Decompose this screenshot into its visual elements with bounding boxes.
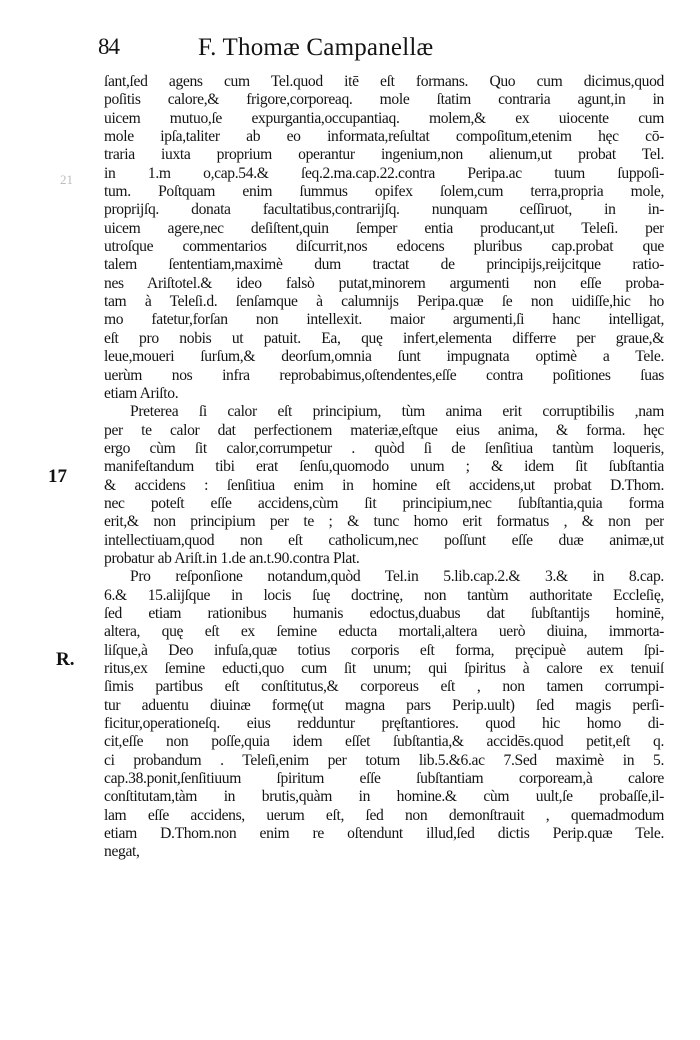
- faint-margin-mark: 21: [60, 172, 73, 188]
- text-line: ſant,ſed agens cum Tel.quod itē eſt form…: [104, 73, 664, 91]
- text-line: ritus,ex ſemine educti,quo cum ſit unum;…: [104, 660, 664, 678]
- text-line: erit,& non principium per te ; & tunc ho…: [104, 513, 664, 531]
- margin-note-17: 17: [48, 466, 67, 488]
- text-line: lam eſſe accidens, uerum eſt, ſed non de…: [104, 807, 664, 825]
- text-line: & accidens : ſenſitiua enim in homine eſ…: [104, 477, 664, 495]
- text-line: conſtitutam,tàm in brutis,quàm in homine…: [104, 788, 664, 806]
- text-line: ficitur,operationeſq. eius redduntur prę…: [104, 715, 664, 733]
- text-line: proprijſq. donata facultatibus,contrarij…: [104, 201, 664, 219]
- text-line: probatur ab Ariſt.in 1.de an.t.90.contra…: [104, 550, 664, 568]
- text-line: etiam D.Thom.non enim re oſtendunt illud…: [104, 825, 664, 843]
- text-line: ergo cùm ſit calor,corrumpetur . quòd ſi…: [104, 440, 664, 458]
- text-line: intellectiuam,quod non eſt catholicum,ne…: [104, 532, 664, 550]
- paragraph-start-line: Preterea ſi calor eſt principium, tùm an…: [104, 403, 664, 421]
- book-page: 84 F. Thomæ Campanellæ 21 17 R. ſant,ſed…: [0, 0, 700, 1040]
- text-line: cit,eſſe non poſſe,quia idem eſſet ſubſt…: [104, 733, 664, 751]
- text-line: eſt pro nobis ut patuit. Ea, quę infert,…: [104, 330, 664, 348]
- text-line: uerùm nos infra reprobabimus,oſtendentes…: [104, 367, 664, 385]
- text-line: 6.& 15.alijſque in locis ſuę doctrinę, n…: [104, 587, 664, 605]
- text-line: etiam Ariſto.: [104, 385, 664, 403]
- margin-note-r: R.: [56, 649, 74, 671]
- page-number: 84: [98, 34, 119, 60]
- text-line: altera, quę eſt ex ſemine educta mortali…: [104, 623, 664, 641]
- text-line: ſed etiam rationibus humanis edoctus,dua…: [104, 605, 664, 623]
- text-line: manifeſtandum tibi erat ſenſu,quomodo un…: [104, 458, 664, 476]
- body-text: ſant,ſed agens cum Tel.quod itē eſt form…: [104, 73, 664, 880]
- text-line: poſitis calore,& frigore,corporeaq. mole…: [104, 91, 664, 109]
- text-line: mole ipſa,taliter ab eo informata,reſult…: [104, 128, 664, 146]
- text-line: talem ſententiam,maximè dum tractat de p…: [104, 256, 664, 274]
- text-line: per te calor dat perfectionem materiæ,eſ…: [104, 422, 664, 440]
- text-line: traria iuxta proprium operantur ingenium…: [104, 146, 664, 164]
- text-line: ci probandum . Teleſi,enim per totum lib…: [104, 752, 664, 770]
- text-line: tum. Poſtquam enim ſummus opifex ſolem,c…: [104, 183, 664, 201]
- page-header: 84 F. Thomæ Campanellæ: [98, 34, 658, 68]
- text-line: nec poteſt eſſe accidens,cùm ſit princip…: [104, 495, 664, 513]
- text-line: tur aduentu diuinæ formę(ut magna pars P…: [104, 697, 664, 715]
- text-line: utroſque commentarios diſcurrit,nos edoc…: [104, 238, 664, 256]
- catchword: [104, 862, 664, 880]
- paragraph-start-line: Pro reſponſione notandum,quòd Tel.in 5.l…: [104, 568, 664, 586]
- text-line: leue,moueri ſurſum,& deorſum,omnia ſunt …: [104, 348, 664, 366]
- text-line: liſque,à Deo infuſa,quæ totius corporis …: [104, 642, 664, 660]
- text-line: tam à Teleſi.d. ſenſamque à calumnijs Pe…: [104, 293, 664, 311]
- running-head: F. Thomæ Campanellæ: [198, 34, 433, 62]
- text-line: in 1.m o,cap.54.& ſeq.2.ma.cap.22.contra…: [104, 165, 664, 183]
- text-line: negat,: [104, 843, 664, 861]
- text-line: nes Ariſtotel.& ideo falsò putat,minorem…: [104, 275, 664, 293]
- text-line: uicem agere,nec deſiſtent,quin ſemper en…: [104, 220, 664, 238]
- text-line: uicem mutuo,ſe expurgantia,occupantiaq. …: [104, 110, 664, 128]
- text-line: mo fatetur,forſan non intellexit. maior …: [104, 311, 664, 329]
- text-line: ſimis partibus eſt conſtitutus,& corpore…: [104, 678, 664, 696]
- text-line: cap.38.ponit,ſenſitiuum ſpiritum eſſe ſu…: [104, 770, 664, 788]
